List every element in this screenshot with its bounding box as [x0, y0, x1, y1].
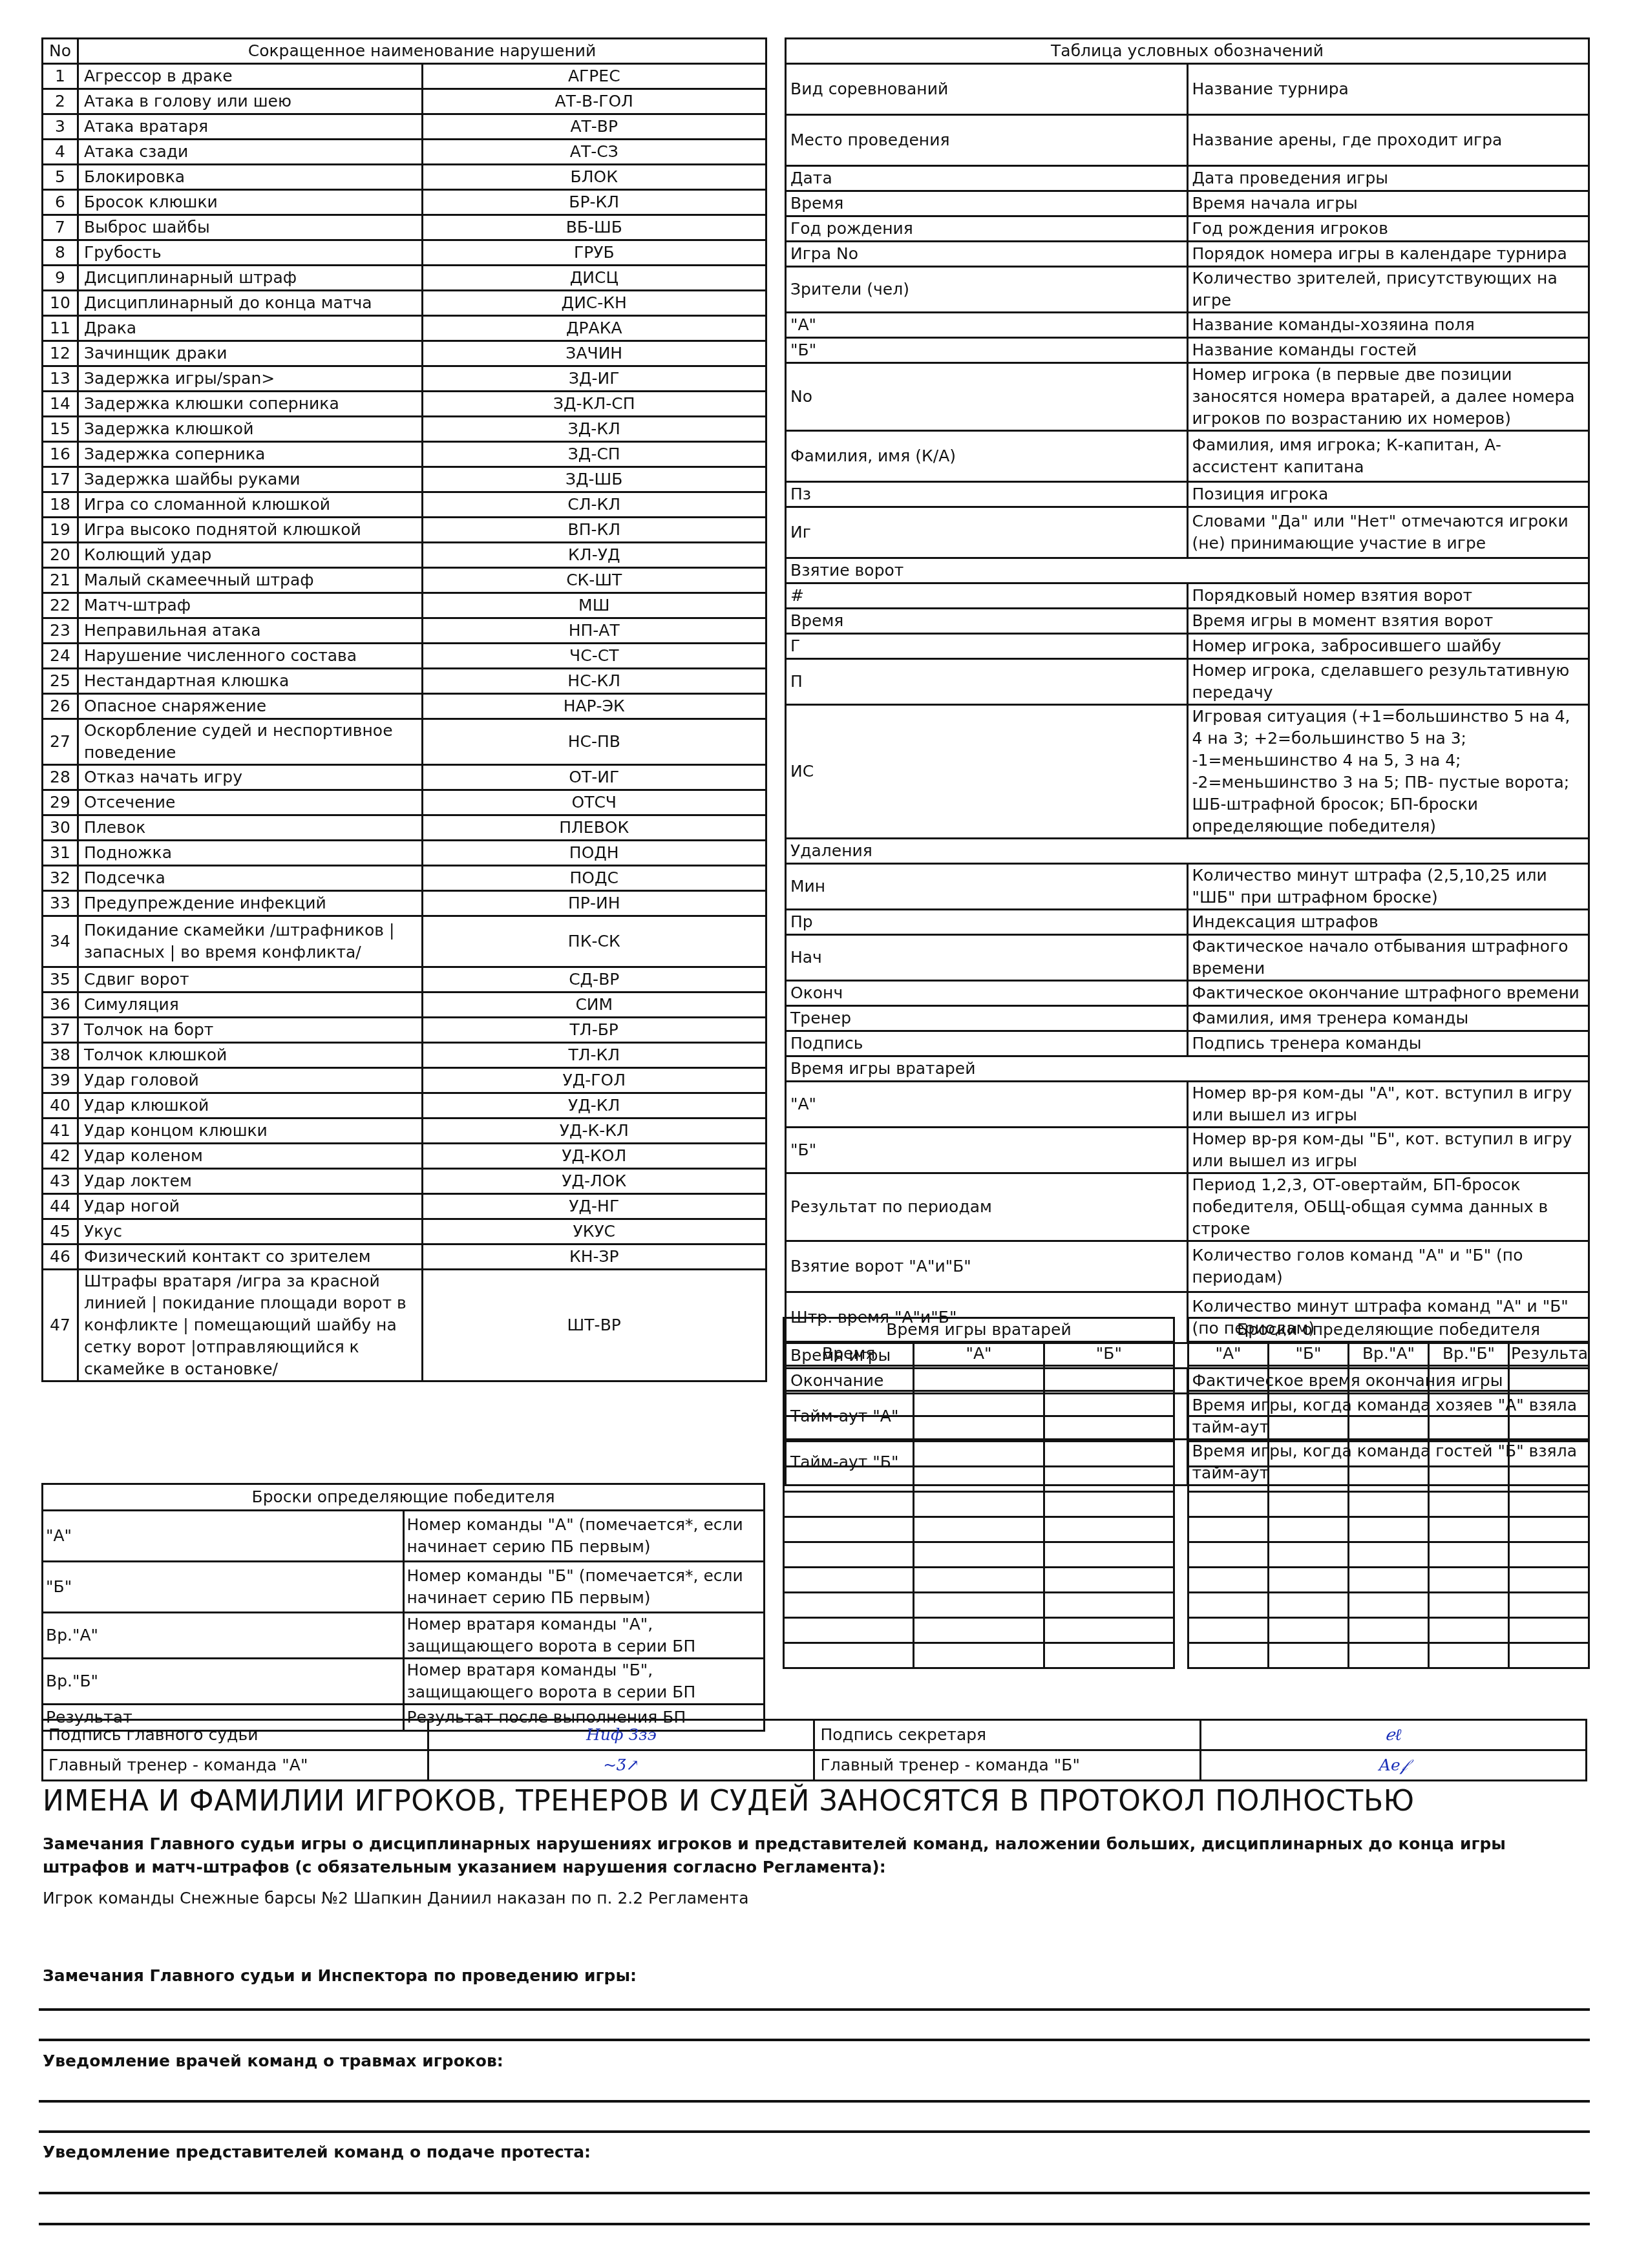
violation-name: Бросок клюшки — [78, 190, 423, 215]
violation-abbreviation: ОТСЧ — [422, 790, 766, 815]
shootout-cell[interactable] — [1269, 1366, 1349, 1391]
legend-value: Время начала игры — [1187, 191, 1589, 216]
violation-number: 38 — [43, 1043, 78, 1068]
shootout-cell[interactable] — [1429, 1416, 1509, 1442]
shootout-row — [1188, 1391, 1589, 1416]
shootout-row — [1188, 1568, 1589, 1593]
legend-key: Год рождения — [786, 216, 1188, 242]
violations-table: No Сокращенное наименование нарушений 1А… — [41, 37, 767, 1382]
shootout-cell[interactable] — [1188, 1467, 1269, 1492]
legend-value: Индексация штрафов — [1187, 910, 1589, 935]
legend-value: Номер вр-ря ком-ды "Б", кот. вступил в и… — [1187, 1128, 1589, 1173]
legend-row: МинКоличество минут штрафа (2,5,10,25 ил… — [786, 864, 1589, 910]
violation-number: 6 — [43, 190, 78, 215]
violation-abbreviation: УД-К-КЛ — [422, 1118, 766, 1144]
violation-name: Задержка клюшки соперника — [78, 392, 423, 417]
legend-value: Словами "Да" или "Нет" отмечаются игроки… — [1187, 507, 1589, 558]
legend-value: Дата проведения игры — [1187, 166, 1589, 191]
goalie-time-cell[interactable] — [914, 1643, 1044, 1668]
goalie-time-cell[interactable] — [914, 1391, 1044, 1416]
violation-row: 40Удар клюшкойУД-КЛ — [43, 1093, 766, 1118]
shootout-cell[interactable] — [1349, 1618, 1429, 1643]
legend-key: Дата — [786, 166, 1188, 191]
violation-name: Симуляция — [78, 992, 423, 1018]
shootout-cell[interactable] — [1269, 1593, 1349, 1618]
shootout-legend-row: Вр."А"Номер вратаря команды "А", защищаю… — [43, 1613, 765, 1659]
violation-number: 33 — [43, 891, 78, 916]
violation-row: 35Сдвиг воротСД-ВР — [43, 967, 766, 992]
legend-key: Результат по периодам — [786, 1173, 1188, 1241]
shootout-cell[interactable] — [1269, 1391, 1349, 1416]
violation-abbreviation: ЗД-СП — [422, 442, 766, 467]
violation-name: Дисциплинарный штраф — [78, 266, 423, 291]
goalie-time-cell[interactable] — [784, 1643, 914, 1668]
violation-name: Выброс шайбы — [78, 215, 423, 240]
legend-value: Количество голов команд "А" и "Б" (по пе… — [1187, 1241, 1589, 1292]
shootout-legend-table: Броски определяющие победителя "А"Номер … — [41, 1483, 765, 1732]
violation-number: 12 — [43, 341, 78, 366]
shootout-cell[interactable] — [1429, 1467, 1509, 1492]
violation-row: 7Выброс шайбыВБ-ШБ — [43, 215, 766, 240]
legend-key: Место проведения — [786, 115, 1188, 166]
shootout-legend-value: Номер вратаря команды "А", защищающего в… — [403, 1613, 765, 1659]
shootout-cell[interactable] — [1509, 1542, 1589, 1568]
violation-name: Задержка соперника — [78, 442, 423, 467]
shootout-cell[interactable] — [1188, 1416, 1269, 1442]
legend-value: Номер вр-ря ком-ды "А", кот. вступил в и… — [1187, 1082, 1589, 1128]
shootout-cell[interactable] — [1509, 1467, 1589, 1492]
violation-name: Грубость — [78, 240, 423, 266]
shootout-cell[interactable] — [1349, 1391, 1429, 1416]
violation-abbreviation: ПР-ИН — [422, 891, 766, 916]
violation-number: 35 — [43, 967, 78, 992]
violation-row: 16Задержка соперникаЗД-СП — [43, 442, 766, 467]
violation-name: Задержка шайбы руками — [78, 467, 423, 492]
goalie-time-cell[interactable] — [1044, 1618, 1174, 1643]
shootout-cell[interactable] — [1349, 1517, 1429, 1542]
shootout-row — [1188, 1467, 1589, 1492]
violation-number: 28 — [43, 765, 78, 790]
violation-name: Нарушение численного состава — [78, 644, 423, 669]
chief-referee-signature: Ниф Ззэ — [428, 1720, 814, 1750]
legend-row: ИгСловами "Да" или "Нет" отмечаются игро… — [786, 507, 1589, 558]
violation-name: Удар локтем — [78, 1169, 423, 1194]
goalie-time-cell[interactable] — [784, 1416, 914, 1442]
shootout-column-header: "Б" — [1269, 1342, 1349, 1366]
shootout-cell[interactable] — [1269, 1492, 1349, 1517]
goalie-time-row — [784, 1467, 1174, 1492]
shootout-legend-row: "А"Номер команды "А" (помечается*, если … — [43, 1511, 765, 1562]
violation-abbreviation: ДИСЦ — [422, 266, 766, 291]
legend-row: ВремяВремя игры в момент взятия ворот — [786, 609, 1589, 634]
shootout-cell[interactable] — [1269, 1517, 1349, 1542]
legend-key: Взятие ворот "А"и"Б" — [786, 1241, 1188, 1292]
violation-number: 15 — [43, 417, 78, 442]
violation-number: 7 — [43, 215, 78, 240]
goalie-time-cell[interactable] — [914, 1568, 1044, 1593]
shootout-cell[interactable] — [1349, 1568, 1429, 1593]
goalie-time-cell[interactable] — [914, 1593, 1044, 1618]
violation-name: Игра высоко поднятой клюшкой — [78, 518, 423, 543]
violation-name: Толчок клюшкой — [78, 1043, 423, 1068]
goalie-time-row — [784, 1391, 1174, 1416]
legend-key: "А" — [786, 313, 1188, 338]
legend-key: Оконч — [786, 981, 1188, 1006]
goalie-time-cell[interactable] — [784, 1366, 914, 1391]
shootout-cell[interactable] — [1349, 1467, 1429, 1492]
legend-value: Количество зрителей, присутствующих на и… — [1187, 267, 1589, 313]
shootout-cell[interactable] — [1188, 1593, 1269, 1618]
shootout-grid-columns: "А""Б"Вр."А"Вр."Б"Результат — [1188, 1342, 1589, 1366]
shootout-cell[interactable] — [1509, 1492, 1589, 1517]
violation-row: 36СимуляцияСИМ — [43, 992, 766, 1018]
violation-name: Игра со сломанной клюшкой — [78, 492, 423, 518]
violation-name: Драка — [78, 316, 423, 341]
goalie-time-cell[interactable] — [784, 1517, 914, 1542]
shootout-cell[interactable] — [1509, 1618, 1589, 1643]
legend-row: ИСИгровая ситуация (+1=большинство 5 на … — [786, 705, 1589, 839]
shootout-cell[interactable] — [1349, 1593, 1429, 1618]
violation-number: 10 — [43, 291, 78, 316]
shootout-cell[interactable] — [1188, 1643, 1269, 1668]
violation-abbreviation: НС-КЛ — [422, 669, 766, 694]
legend-section-row: Взятие ворот — [786, 558, 1589, 583]
shootout-cell[interactable] — [1269, 1643, 1349, 1668]
goalie-time-row — [784, 1492, 1174, 1517]
shootout-row — [1188, 1416, 1589, 1442]
shootout-cell[interactable] — [1429, 1366, 1509, 1391]
discipline-remarks-text[interactable]: Игрок команды Снежные барсы №2 Шапкин Да… — [43, 1887, 748, 1910]
legend-row: Игра NoПорядок номера игры в календаре т… — [786, 242, 1589, 267]
violation-name: Опасное снаряжение — [78, 694, 423, 719]
legend-row: ТренерФамилия, имя тренера команды — [786, 1006, 1589, 1031]
shootout-legend-value: Номер команды "А" (помечается*, если нач… — [403, 1511, 765, 1562]
shootout-legend-key: "Б" — [43, 1562, 404, 1613]
goalie-time-cell[interactable] — [784, 1568, 914, 1593]
violation-abbreviation: УКУС — [422, 1219, 766, 1244]
violations-header-name: Сокращенное наименование нарушений — [78, 39, 766, 64]
violation-number: 47 — [43, 1270, 78, 1381]
violation-abbreviation: АТ-ВР — [422, 114, 766, 140]
inspector-remarks-line-1[interactable] — [39, 2008, 1590, 2011]
violation-number: 39 — [43, 1068, 78, 1093]
protest-line-2[interactable] — [39, 2223, 1590, 2225]
violation-number: 4 — [43, 140, 78, 165]
goalie-time-cell[interactable] — [784, 1391, 914, 1416]
violation-abbreviation: ШТ-ВР — [422, 1270, 766, 1381]
violation-row: 1Агрессор в дракеАГРЕС — [43, 64, 766, 89]
goalie-time-cell[interactable] — [1044, 1492, 1174, 1517]
violation-name: Атака в голову или шею — [78, 89, 423, 114]
legend-value: Название арены, где проходит игра — [1187, 115, 1589, 166]
shootout-cell[interactable] — [1269, 1416, 1349, 1442]
shootout-cell[interactable] — [1509, 1416, 1589, 1442]
legend-row: НачФактическое начало отбывания штрафног… — [786, 935, 1589, 981]
legend-value: Подпись тренера команды — [1187, 1031, 1589, 1056]
violation-row: 11ДракаДРАКА — [43, 316, 766, 341]
legend-key: Фамилия, имя (К/А) — [786, 431, 1188, 482]
goalie-time-cell[interactable] — [1044, 1467, 1174, 1492]
goalie-time-cell[interactable] — [914, 1442, 1044, 1467]
violation-row: 22Матч-штрафМШ — [43, 593, 766, 618]
shootout-row — [1188, 1366, 1589, 1391]
violation-number: 8 — [43, 240, 78, 266]
legend-row: ГНомер игрока, забросившего шайбу — [786, 634, 1589, 659]
violation-abbreviation: МШ — [422, 593, 766, 618]
shootout-cell[interactable] — [1188, 1618, 1269, 1643]
shootout-cell[interactable] — [1349, 1442, 1429, 1467]
goalie-time-row — [784, 1593, 1174, 1618]
violation-number: 23 — [43, 618, 78, 644]
legend-section-penalties: Удаления — [786, 839, 1589, 864]
violation-name: Атака вратаря — [78, 114, 423, 140]
shootout-legend-key: "А" — [43, 1511, 404, 1562]
legend-value: Порядковый номер взятия ворот — [1187, 583, 1589, 609]
legend-key: Г — [786, 634, 1188, 659]
shootout-cell[interactable] — [1188, 1542, 1269, 1568]
violation-abbreviation: СЛ-КЛ — [422, 492, 766, 518]
goalie-time-cell[interactable] — [914, 1542, 1044, 1568]
violation-abbreviation: ГРУБ — [422, 240, 766, 266]
shootout-cell[interactable] — [1349, 1643, 1429, 1668]
violation-number: 40 — [43, 1093, 78, 1118]
legend-row: "А"Номер вр-ря ком-ды "А", кот. вступил … — [786, 1082, 1589, 1128]
violation-row: 46Физический контакт со зрителемКН-ЗР — [43, 1244, 766, 1270]
inspector-remarks-title: Замечания Главного судьи и Инспектора по… — [43, 1964, 1581, 1988]
shootout-cell[interactable] — [1269, 1467, 1349, 1492]
violation-number: 44 — [43, 1194, 78, 1219]
violation-abbreviation: БР-КЛ — [422, 190, 766, 215]
legend-key: Игра No — [786, 242, 1188, 267]
shootout-row — [1188, 1618, 1589, 1643]
full-names-notice: ИМЕНА И ФАМИЛИИ ИГРОКОВ, ТРЕНЕРОВ И СУДЕ… — [43, 1785, 1415, 1818]
legend-key: "Б" — [786, 1128, 1188, 1173]
violation-number: 20 — [43, 543, 78, 568]
legend-key: "Б" — [786, 338, 1188, 363]
violation-row: 5БлокировкаБЛОК — [43, 165, 766, 190]
shootout-cell[interactable] — [1188, 1366, 1269, 1391]
goalie-time-cell[interactable] — [1044, 1517, 1174, 1542]
goalie-time-cell[interactable] — [914, 1517, 1044, 1542]
legend-key: Иг — [786, 507, 1188, 558]
violation-number: 36 — [43, 992, 78, 1018]
legend-key: Пз — [786, 482, 1188, 507]
violation-row: 43Удар локтемУД-ЛОК — [43, 1169, 766, 1194]
shootout-legend-key: Вр."А" — [43, 1613, 404, 1659]
violation-row: 25Нестандартная клюшкаНС-КЛ — [43, 669, 766, 694]
legend-key: No — [786, 363, 1188, 431]
violation-row: 10Дисциплинарный до конца матчаДИС-КН — [43, 291, 766, 316]
legend-key: Пр — [786, 910, 1188, 935]
violation-abbreviation: ЧС-СТ — [422, 644, 766, 669]
inspector-remarks-line-2[interactable] — [39, 2039, 1590, 2041]
goalie-time-cell[interactable] — [1044, 1593, 1174, 1618]
violation-row: 2Атака в голову или шеюАТ-В-ГОЛ — [43, 89, 766, 114]
shootout-column-header: Вр."А" — [1349, 1342, 1429, 1366]
shootout-cell[interactable] — [1429, 1542, 1509, 1568]
legend-section-row: Время игры вратарей — [786, 1056, 1589, 1082]
legend-key: Тренер — [786, 1006, 1188, 1031]
shootout-cell[interactable] — [1429, 1391, 1509, 1416]
shootout-cell[interactable] — [1188, 1492, 1269, 1517]
violation-number: 30 — [43, 815, 78, 841]
violation-abbreviation: НС-ПВ — [422, 719, 766, 765]
violation-abbreviation: ТЛ-БР — [422, 1018, 766, 1043]
violation-abbreviation: КЛ-УД — [422, 543, 766, 568]
goalie-time-cell[interactable] — [914, 1416, 1044, 1442]
legend-row: Результат по периодамПериод 1,2,3, ОТ-ов… — [786, 1173, 1589, 1241]
goalie-time-cell[interactable] — [1044, 1416, 1174, 1442]
legend-row: ПрИндексация штрафов — [786, 910, 1589, 935]
shootout-cell[interactable] — [1349, 1416, 1429, 1442]
shootout-cell[interactable] — [1269, 1442, 1349, 1467]
violation-row: 17Задержка шайбы рукамиЗД-ШБ — [43, 467, 766, 492]
violation-row: 42Удар коленомУД-КОЛ — [43, 1144, 766, 1169]
shootout-cell[interactable] — [1188, 1568, 1269, 1593]
goalie-time-cell[interactable] — [784, 1542, 914, 1568]
shootout-cell[interactable] — [1188, 1517, 1269, 1542]
goalie-time-row — [784, 1618, 1174, 1643]
legend-row: ПНомер игрока, сделавшего результативную… — [786, 659, 1589, 705]
violation-row: 32ПодсечкаПОДС — [43, 866, 766, 891]
shootout-row — [1188, 1442, 1589, 1467]
injuries-line-1[interactable] — [39, 2100, 1590, 2103]
violation-name: Подсечка — [78, 866, 423, 891]
shootout-cell[interactable] — [1509, 1366, 1589, 1391]
shootout-cell[interactable] — [1188, 1442, 1269, 1467]
violation-name: Плевок — [78, 815, 423, 841]
violation-number: 14 — [43, 392, 78, 417]
violations-header-no: No — [43, 39, 78, 64]
shootout-cell[interactable] — [1349, 1542, 1429, 1568]
shootout-column-header: Результат — [1509, 1342, 1589, 1366]
shootout-legend-key: Вр."Б" — [43, 1659, 404, 1705]
shootout-cell[interactable] — [1429, 1643, 1509, 1668]
protest-line-1[interactable] — [39, 2192, 1590, 2194]
violation-abbreviation: ЗД-КЛ — [422, 417, 766, 442]
goalie-time-cell[interactable] — [914, 1492, 1044, 1517]
violation-row: 33Предупреждение инфекцийПР-ИН — [43, 891, 766, 916]
goalie-time-cell[interactable] — [784, 1593, 914, 1618]
goalie-time-cell[interactable] — [914, 1366, 1044, 1391]
violation-row: 4Атака сзадиАТ-СЗ — [43, 140, 766, 165]
shootout-cell[interactable] — [1509, 1593, 1589, 1618]
discipline-remarks-title: Замечания Главного судьи игры о дисципли… — [43, 1832, 1581, 1879]
legend-value: Количество минут штрафа (2,5,10,25 или "… — [1187, 864, 1589, 910]
shootout-cell[interactable] — [1429, 1492, 1509, 1517]
goalie-time-cell[interactable] — [1044, 1391, 1174, 1416]
shootout-legend-row: Вр."Б"Номер вратаря команды "Б", защищаю… — [43, 1659, 765, 1705]
shootout-cell[interactable] — [1509, 1568, 1589, 1593]
goalie-time-columns: Время"А""Б" — [784, 1342, 1174, 1366]
legend-key: Нач — [786, 935, 1188, 981]
legend-row: ВремяВремя начала игры — [786, 191, 1589, 216]
violation-name: Колющий удар — [78, 543, 423, 568]
violation-row: 29ОтсечениеОТСЧ — [43, 790, 766, 815]
legend-key: Вид соревнований — [786, 64, 1188, 115]
goalie-time-cell[interactable] — [1044, 1568, 1174, 1593]
violation-name: Задержка клюшкой — [78, 417, 423, 442]
violation-abbreviation: ОТ-ИГ — [422, 765, 766, 790]
shootout-cell[interactable] — [1429, 1593, 1509, 1618]
goalie-time-cell[interactable] — [1044, 1542, 1174, 1568]
violation-name: Укус — [78, 1219, 423, 1244]
violation-row: 28Отказ начать игруОТ-ИГ — [43, 765, 766, 790]
shootout-cell[interactable] — [1509, 1517, 1589, 1542]
shootout-row — [1188, 1492, 1589, 1517]
violation-name: Дисциплинарный до конца матча — [78, 291, 423, 316]
shootout-cell[interactable] — [1269, 1618, 1349, 1643]
violation-name: Удар концом клюшки — [78, 1118, 423, 1144]
shootout-cell[interactable] — [1509, 1391, 1589, 1416]
protest-title: Уведомление представителей команд о пода… — [43, 2141, 1581, 2164]
violation-name: Удар коленом — [78, 1144, 423, 1169]
shootout-cell[interactable] — [1509, 1442, 1589, 1467]
violation-abbreviation: ПОДС — [422, 866, 766, 891]
legend-value: Время игры в момент взятия ворот — [1187, 609, 1589, 634]
violation-number: 19 — [43, 518, 78, 543]
violation-name: Оскорбление судей и неспортивное поведен… — [78, 719, 423, 765]
violation-row: 12Зачинщик дракиЗАЧИН — [43, 341, 766, 366]
legend-key: Время — [786, 191, 1188, 216]
shootout-cell[interactable] — [1349, 1492, 1429, 1517]
violation-name: Матч-штраф — [78, 593, 423, 618]
goalie-time-cell[interactable] — [1044, 1442, 1174, 1467]
violation-name: Задержка игры/span> — [78, 366, 423, 392]
injuries-line-2[interactable] — [39, 2130, 1590, 2133]
shootout-legend-title: Броски определяющие победителя — [43, 1484, 765, 1511]
goalie-time-cell[interactable] — [784, 1467, 914, 1492]
goalie-time-cell[interactable] — [1044, 1366, 1174, 1391]
goalie-time-cell[interactable] — [914, 1618, 1044, 1643]
legend-row: "Б"Номер вр-ря ком-ды "Б", кот. вступил … — [786, 1128, 1589, 1173]
goalie-time-cell[interactable] — [784, 1618, 914, 1643]
shootout-cell[interactable] — [1429, 1568, 1509, 1593]
goalie-time-cell[interactable] — [1044, 1643, 1174, 1668]
violation-abbreviation: ЗД-ШБ — [422, 467, 766, 492]
shootout-cell[interactable] — [1429, 1618, 1509, 1643]
violation-abbreviation: АГРЕС — [422, 64, 766, 89]
violation-row: 30ПлевокПЛЕВОК — [43, 815, 766, 841]
legend-row: #Порядковый номер взятия ворот — [786, 583, 1589, 609]
goalie-time-cell[interactable] — [784, 1492, 914, 1517]
shootout-legend-value: Номер вратаря команды "Б", защищающего в… — [403, 1659, 765, 1705]
violation-abbreviation: СД-ВР — [422, 967, 766, 992]
goalie-time-table: Время игры вратарей Время"А""Б" — [783, 1317, 1175, 1669]
violation-number: 46 — [43, 1244, 78, 1270]
legend-value: Фактическое начало отбывания штрафного в… — [1187, 935, 1589, 981]
goalie-time-cell[interactable] — [784, 1442, 914, 1467]
chief-referee-label: Подпись главного судьи — [43, 1720, 428, 1750]
legend-row: Взятие ворот "А"и"Б"Количество голов ком… — [786, 1241, 1589, 1292]
shootout-cell[interactable] — [1269, 1542, 1349, 1568]
shootout-cell[interactable] — [1269, 1568, 1349, 1593]
violation-number: 26 — [43, 694, 78, 719]
legend-value: Номер игрока, сделавшего результативную … — [1187, 659, 1589, 705]
violation-row: 6Бросок клюшкиБР-КЛ — [43, 190, 766, 215]
shootout-row — [1188, 1643, 1589, 1668]
goalie-time-cell[interactable] — [914, 1467, 1044, 1492]
goalie-time-row — [784, 1643, 1174, 1668]
shootout-cell[interactable] — [1429, 1442, 1509, 1467]
shootout-cell[interactable] — [1349, 1366, 1429, 1391]
shootout-cell[interactable] — [1429, 1517, 1509, 1542]
violation-name: Удар клюшкой — [78, 1093, 423, 1118]
legend-row: Год рожденияГод рождения игроков — [786, 216, 1589, 242]
shootout-cell[interactable] — [1188, 1391, 1269, 1416]
shootout-cell[interactable] — [1509, 1643, 1589, 1668]
injuries-title: Уведомление врачей команд о травмах игро… — [43, 2050, 1581, 2073]
